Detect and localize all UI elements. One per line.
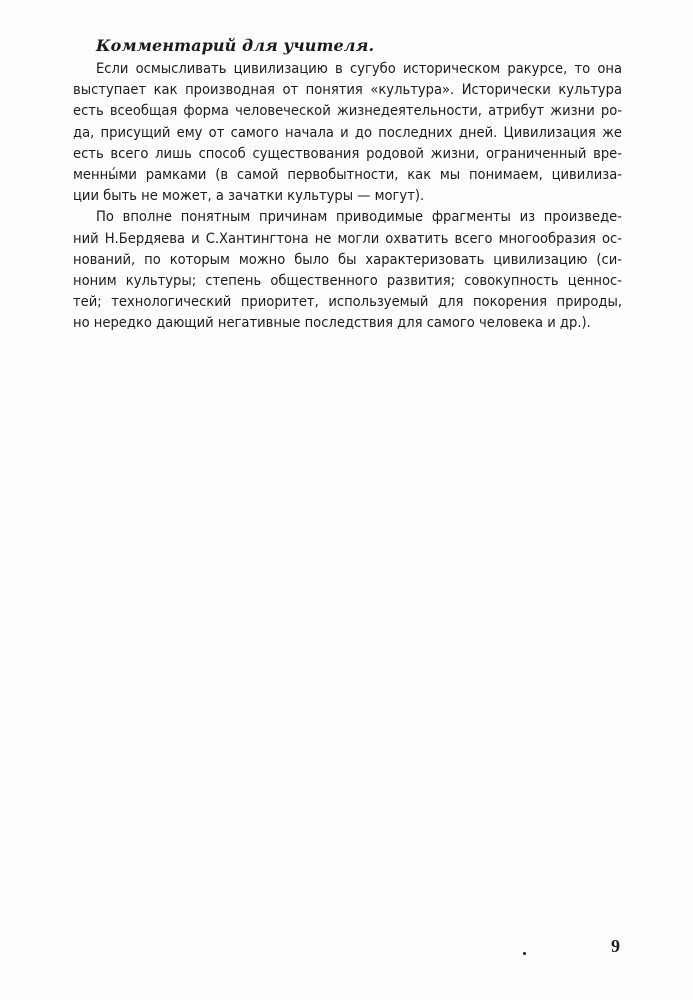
text-line: ции быть не может, а зачатки культуры — … xyxy=(73,185,622,206)
text-line: да, присущий ему от самого начала и до п… xyxy=(73,122,622,143)
text-line: тей; технологический приоритет, использу… xyxy=(73,291,622,312)
text-line: нований, по которым можно было бы характ… xyxy=(73,249,622,270)
text-line: По вполне понятным причинам приводимые ф… xyxy=(73,206,622,227)
text-line: ний Н.Бердяева и С.Хантингтона не могли … xyxy=(73,228,622,249)
page-number: 9 xyxy=(611,936,620,957)
text-line: есть всеобщая форма человеческой жизнеде… xyxy=(73,100,622,121)
text-line: менны́ми рамками (в самой первобытности,… xyxy=(73,164,622,185)
text-line: но нередко дающий негативные последствия… xyxy=(73,312,622,333)
text-line: есть всего лишь способ существования род… xyxy=(73,143,622,164)
document-page: Комментарий для учителя. Если осмысливат… xyxy=(0,0,693,1000)
text-line: ноним культуры; степень общественного ра… xyxy=(73,270,622,291)
paragraph-2: По вполне понятным причинам приводимые ф… xyxy=(73,206,622,333)
text-line: выступает как производная от понятия «ку… xyxy=(73,79,622,100)
comment-heading: Комментарий для учителя. xyxy=(96,36,374,55)
text-line: Если осмысливать цивилизацию в сугубо ис… xyxy=(73,58,622,79)
paragraph-1: Если осмысливать цивилизацию в сугубо ис… xyxy=(73,58,622,206)
footer-dot-mark xyxy=(523,952,526,955)
body-text: Если осмысливать цивилизацию в сугубо ис… xyxy=(73,58,622,333)
